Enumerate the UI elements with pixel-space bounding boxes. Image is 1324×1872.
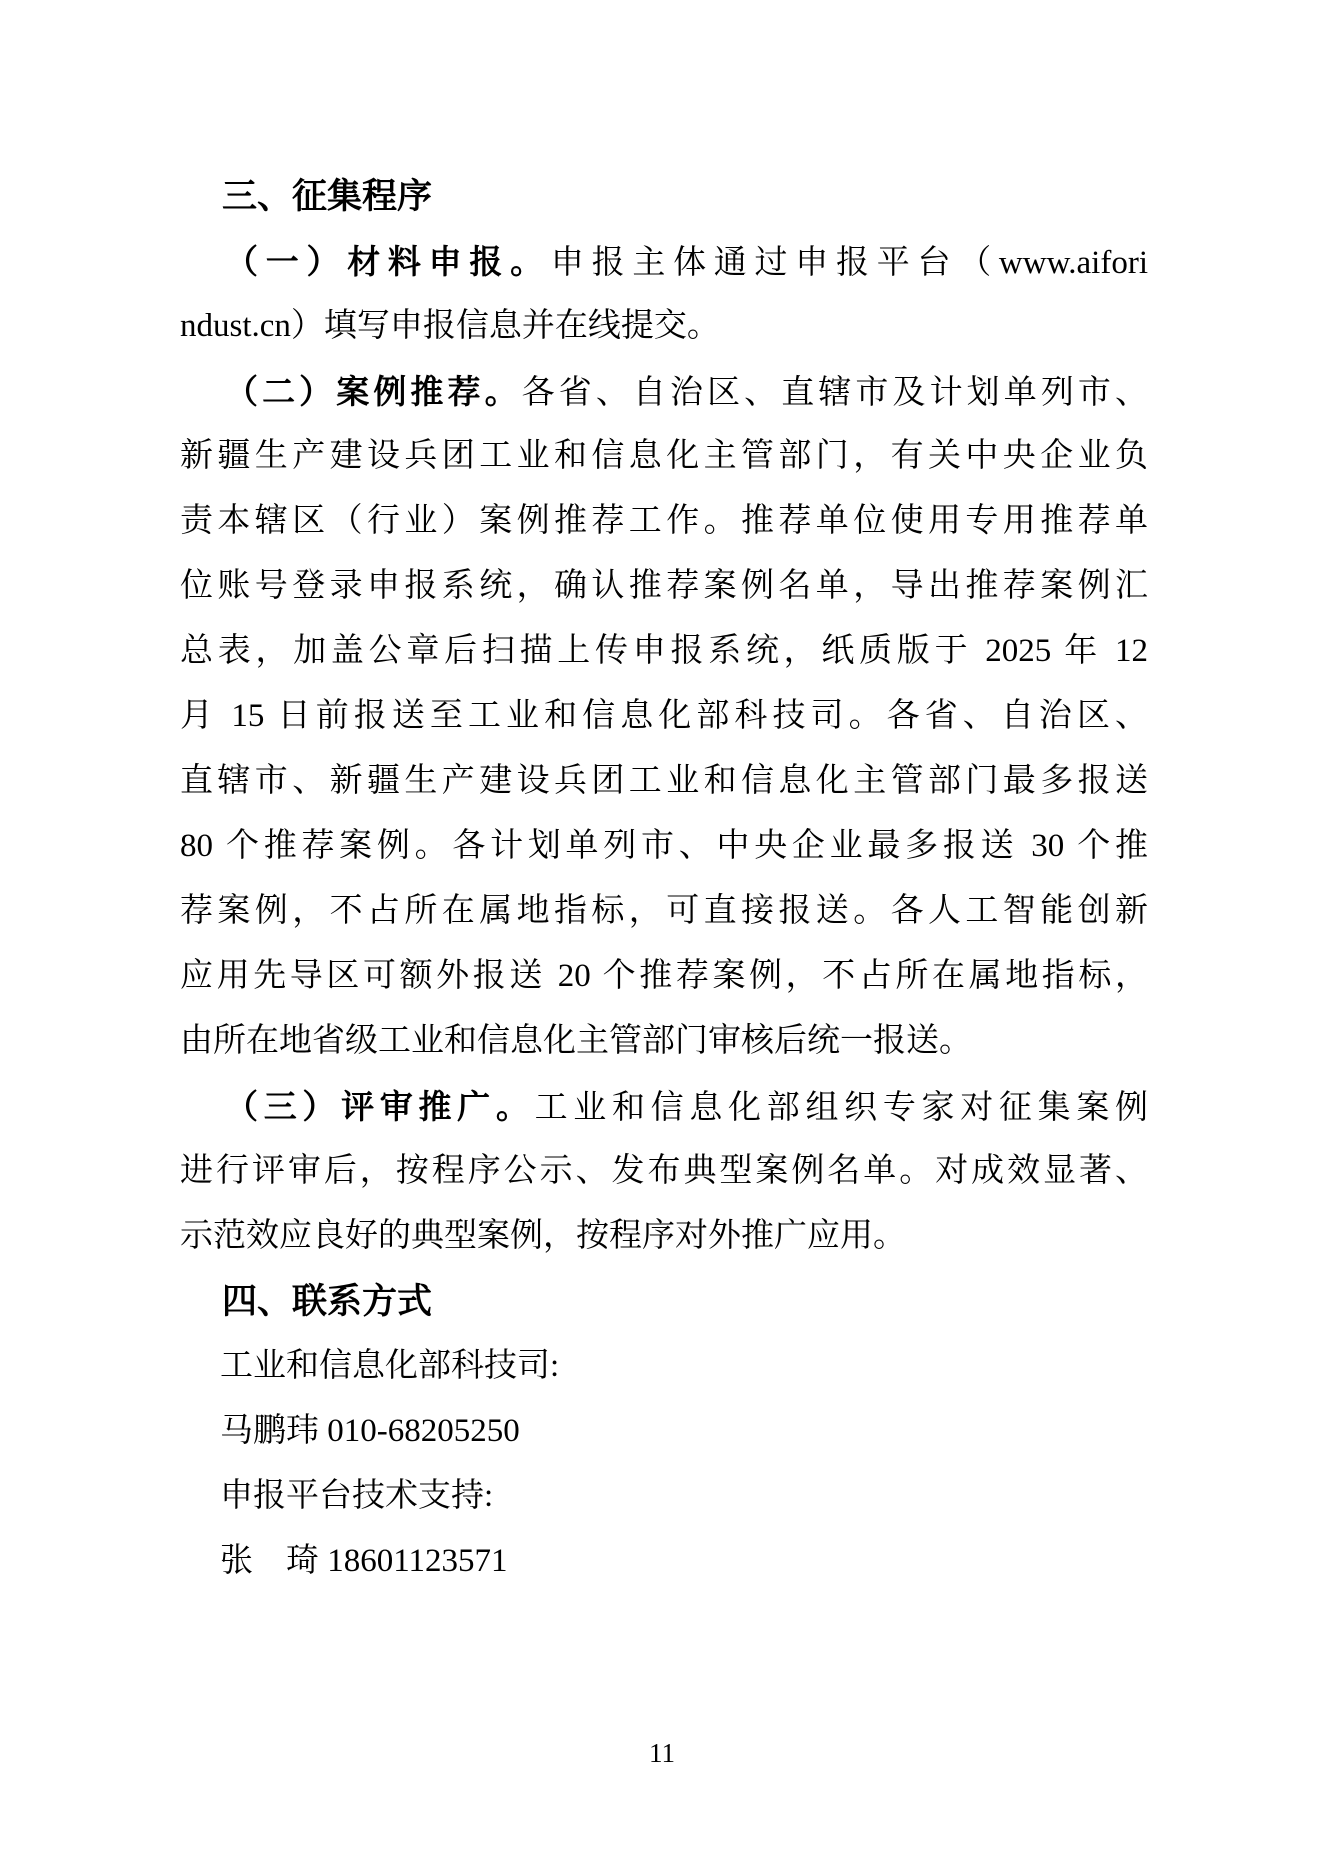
paragraph-lead: （三）评审推广。 xyxy=(225,1088,535,1125)
paragraph-line: 总表，加盖公章后扫描上传申报系统，纸质版于 2025 年 12 xyxy=(180,619,1148,684)
contact-person-phone: 马鹏玮 010-68205250 xyxy=(180,1399,1148,1464)
section-heading-4: 四、联系方式 xyxy=(180,1269,1148,1334)
paragraph-text: 申报主体通过申报平台（www.aifori xyxy=(551,245,1148,281)
paragraph-line: （二）案例推荐。各省、自治区、直辖市及计划单列市、 xyxy=(180,359,1148,424)
paragraph-line: 新疆生产建设兵团工业和信息化主管部门，有关中央企业负 xyxy=(180,424,1148,489)
paragraph-line: ndust.cn）填写申报信息并在线提交。 xyxy=(180,294,1148,359)
contact-department: 工业和信息化部科技司: xyxy=(180,1334,1148,1399)
contact-support-label: 申报平台技术支持: xyxy=(180,1464,1148,1529)
paragraph-line: 应用先导区可额外报送 20 个推荐案例，不占所在属地指标， xyxy=(180,944,1148,1009)
document-page: 三、征集程序 （一）材料申报。申报主体通过申报平台（www.aifori ndu… xyxy=(0,0,1324,1872)
paragraph-line: 直辖市、新疆生产建设兵团工业和信息化主管部门最多报送 xyxy=(180,749,1148,814)
paragraph-lead: （一）材料申报。 xyxy=(225,243,551,280)
paragraph-line: 由所在地省级工业和信息化主管部门审核后统一报送。 xyxy=(180,1009,1148,1074)
paragraph-line: 荐案例，不占所在属地指标，可直接报送。各人工智能创新 xyxy=(180,879,1148,944)
paragraph-text: 各省、自治区、直辖市及计划单列市、 xyxy=(522,375,1148,411)
paragraph-line: （一）材料申报。申报主体通过申报平台（www.aifori xyxy=(180,229,1148,294)
paragraph-line: 责本辖区（行业）案例推荐工作。推荐单位使用专用推荐单 xyxy=(180,489,1148,554)
paragraph-line: 位账号登录申报系统，确认推荐案例名单，导出推荐案例汇 xyxy=(180,554,1148,619)
page-number: 11 xyxy=(0,1738,1324,1769)
paragraph-line: 月 15 日前报送至工业和信息化部科技司。各省、自治区、 xyxy=(180,684,1148,749)
document-body: 三、征集程序 （一）材料申报。申报主体通过申报平台（www.aifori ndu… xyxy=(180,164,1148,1594)
contact-support-phone: 张 琦 18601123571 xyxy=(180,1529,1148,1594)
paragraph-line: （三）评审推广。工业和信息化部组织专家对征集案例 xyxy=(180,1074,1148,1139)
paragraph-lead: （二）案例推荐。 xyxy=(225,373,522,410)
paragraph-line: 80 个推荐案例。各计划单列市、中央企业最多报送 30 个推 xyxy=(180,814,1148,879)
section-heading-3: 三、征集程序 xyxy=(180,164,1148,229)
paragraph-line: 进行评审后，按程序公示、发布典型案例名单。对成效显著、 xyxy=(180,1139,1148,1204)
paragraph-text: 工业和信息化部组织专家对征集案例 xyxy=(535,1090,1148,1126)
paragraph-line: 示范效应良好的典型案例，按程序对外推广应用。 xyxy=(180,1204,1148,1269)
